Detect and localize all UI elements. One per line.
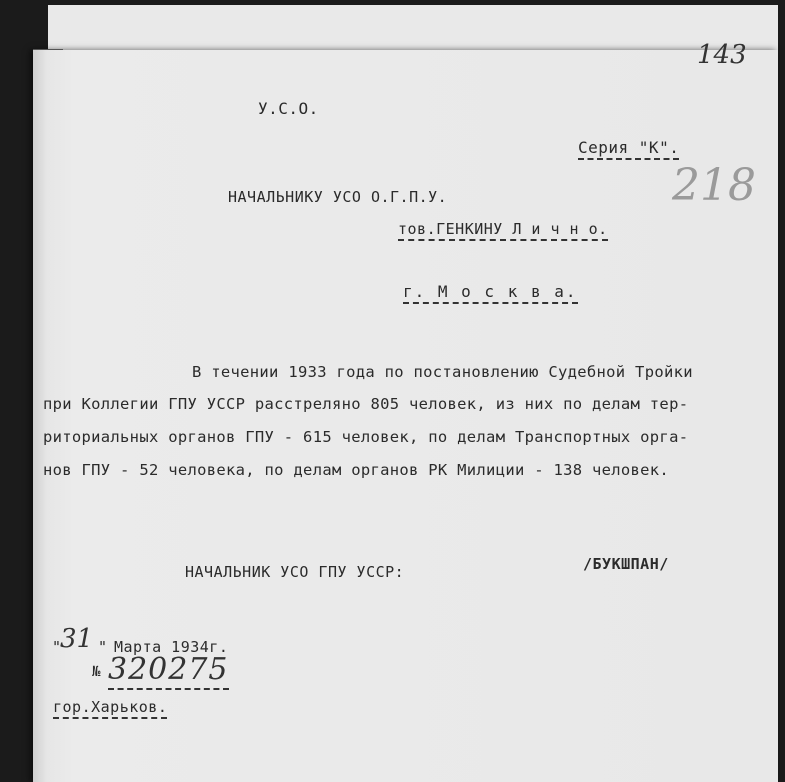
number-prefix: № <box>92 664 101 680</box>
header-org: У.С.О. <box>258 99 319 118</box>
destination-city: г. М о с к в а. <box>403 282 578 304</box>
addressee-line-1: НАЧАЛЬНИКУ УСО О.Г.П.У. <box>228 188 447 206</box>
pencil-annotation: 218 <box>672 160 756 211</box>
body-line: нов ГПУ - 52 человека, по делам органов … <box>43 461 669 479</box>
signature-name: /БУКШПАН/ <box>583 555 669 573</box>
body-line: при Коллегии ГПУ УССР расстреляно 805 че… <box>43 395 688 413</box>
body-line: риториальных органов ГПУ - 615 человек, … <box>43 428 688 446</box>
paper-edge <box>33 49 63 50</box>
date-quote-close: " <box>98 638 108 656</box>
series-label: Серия "К". <box>578 138 679 160</box>
origin-city: гор.Харьков. <box>53 698 167 719</box>
addressee-line-2: тов.ГЕНКИНУ Л и ч н о. <box>398 220 608 241</box>
body-line: В течении 1933 года по постановлению Суд… <box>192 363 693 381</box>
signature-title: НАЧАЛЬНИК УСО ГПУ УССР: <box>185 563 404 581</box>
page-number-handwritten: 143 <box>697 40 747 70</box>
document-number-handwritten: 320275 <box>108 652 229 690</box>
date-day-handwritten: 31 <box>60 624 93 654</box>
